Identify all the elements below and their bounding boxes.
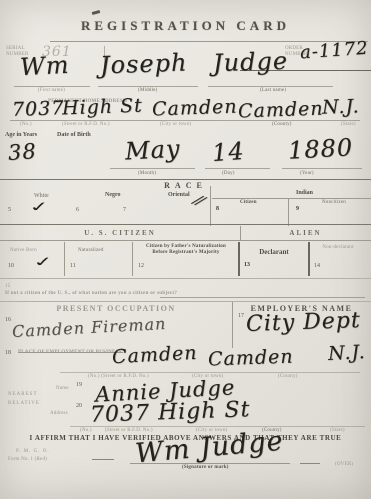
race-indian-noncitizen-label: Noncitizen [322,200,346,205]
occupation-divider [232,302,233,348]
name-middle-value: Joseph [100,48,188,79]
declarant-number: 13 [244,262,250,268]
home-address-baseline [10,120,360,121]
race-indian-rule [212,198,371,199]
line15-answer-line [160,297,365,298]
race-negro-label: Negro [105,192,121,198]
nearest-relative-label-line2: RELATIVE [8,401,40,406]
name-last-value: Judge [213,47,289,78]
address-state-sublabel: (State) [341,122,356,127]
home-address-county-value: Camden [238,98,324,123]
card-title: REGISTRATION CARD [0,18,371,34]
home-address-city-value: Camden [152,96,238,121]
race-indian-label: Indian [296,190,313,196]
place-of-employment-label: PLACE OF EMPLOYMENT OR BUSINESS: [18,350,123,355]
present-occupation-header: PRESENT OCCUPATION [0,304,232,313]
place-state-value: N.J. [327,341,366,365]
citizen-by-father-label: Citizen by Father's Naturalization Befor… [140,244,232,256]
place-city-value: Camden [111,342,198,368]
nondeclarant-label: Non-declarant [312,245,364,251]
relative-name-label: Name [56,386,69,391]
nearest-relative-label-line1: NEAREST [8,392,38,397]
footer-dash-2 [300,463,320,464]
race-white-label: White [34,193,49,199]
race-header: RACE [0,181,371,190]
race-oriental-number: 7 [123,207,126,213]
citizen-by-father-number: 12 [138,263,144,269]
race-divider-1 [210,186,211,226]
occupation-number: 16 [5,317,11,323]
dob-year-sublabel: (Year) [300,171,314,176]
race-citizen-number: 8 [216,206,219,212]
name-first-value: Wm [19,51,70,82]
us-citizen-header: U. S. CITIZEN [0,229,240,237]
place-county-sublabel: (County) [278,374,298,379]
citizen-header-rule [0,240,371,241]
relative-baseline [70,426,365,427]
race-noncitizen-number: 9 [296,206,299,212]
name-first-baseline [14,86,90,87]
relative-address-value: 7037 High St [90,397,251,428]
signature-baseline [130,463,290,464]
employer-value: City Dept [246,308,362,337]
race-white-number: 5 [8,207,11,213]
dob-day-baseline [205,168,270,169]
age-value: 38 [7,139,37,165]
race-oriental-label: Oriental [168,192,190,198]
race-indian-citizen-label: Citizen [240,200,257,205]
home-address-street-value: High St [62,95,143,120]
relative-state-sublabel: (State) [330,428,345,433]
dob-day-sublabel: (Day) [222,171,235,176]
over-label: (OVER) [335,462,353,467]
employer-number: 17 [238,313,244,319]
name-middle-sublabel: (Middle) [138,88,157,93]
place-no-sublabel: (No.) (Street or R.F.D. No.) [88,374,149,379]
citizen-bottom-rule [0,278,371,279]
signature-sublabel: (Signature or mark) [182,465,229,470]
place-of-employment-number: 18 [5,350,11,356]
citizen-header-divider [240,226,241,240]
age-label: Age in Years [5,132,37,138]
native-born-number: 10 [8,263,14,269]
address-city-sublabel: (City or town) [160,122,191,127]
dob-label: Date of Birth [57,132,91,138]
race-negro-number: 6 [76,207,79,213]
naturalized-label: Naturalized [78,248,104,253]
address-no-sublabel: (No.) [20,122,32,127]
dob-month-sublabel: (Month) [138,171,156,176]
nondeclarant-number: 14 [314,263,320,269]
serial-number-label-line1: SERIAL [6,46,25,51]
home-address-state-value: N.J. [322,95,360,118]
naturalized-number: 11 [70,263,76,269]
line15-question: If not a citizen of the U. S., of what n… [5,291,177,296]
stray-pen-mark: ⁄⁄ [193,191,206,210]
native-born-checkmark-icon: ✓ [31,254,55,270]
place-county-value: Camden [208,346,294,371]
address-street-sublabel: (Street or R.F.D. No.) [62,122,110,127]
registration-card-scan: REGISTRATION CARD SERIAL NUMBER 361 ORDE… [0,0,371,499]
form-number-label: Form No. 1 (Red) [8,457,47,462]
name-last-sublabel: (Last name) [260,88,286,93]
citizen-divider-1 [64,242,65,276]
address-county-sublabel: (County) [272,122,292,127]
stray-ink-mark [92,10,101,15]
relative-address-number: 20 [76,403,82,409]
alien-header: ALIEN [240,229,371,237]
relative-street-sublabel: (Street or R.F.D. No.) [105,428,153,433]
dob-year-value: 1880 [287,133,353,164]
relative-no-sublabel: (No.) [80,428,92,433]
pmgo-label: P. M. G. O. [16,449,50,454]
citizen-divider-4 [308,242,310,276]
citizen-divider-2 [132,242,133,276]
place-baseline [60,372,360,373]
relative-name-number: 19 [76,382,82,388]
dob-month-baseline [110,168,195,169]
name-first-sublabel: (First name) [38,88,65,93]
race-white-checkmark-icon: ✓ [27,199,51,215]
dob-month-value: May [124,135,181,166]
name-middle-baseline [98,86,198,87]
home-address-number-value: 7037 [12,97,65,121]
race-bottom-rule [0,224,371,225]
occupation-value: Camden Fireman [12,314,167,341]
race-divider-2 [288,198,289,226]
name-last-baseline [208,86,333,87]
dob-year-baseline [282,168,362,169]
relative-address-label: Address [50,411,68,416]
dob-day-value: 14 [211,137,245,167]
citizen-divider-3 [238,242,240,276]
race-top-rule [0,179,371,180]
line15-number: 15 [5,284,10,289]
declarant-label: Declarant [242,248,306,256]
native-born-label: Native Born [10,248,37,253]
occupation-top-rule [0,301,371,302]
order-number-value: a-1172 [299,38,369,64]
footer-dash [92,459,114,460]
